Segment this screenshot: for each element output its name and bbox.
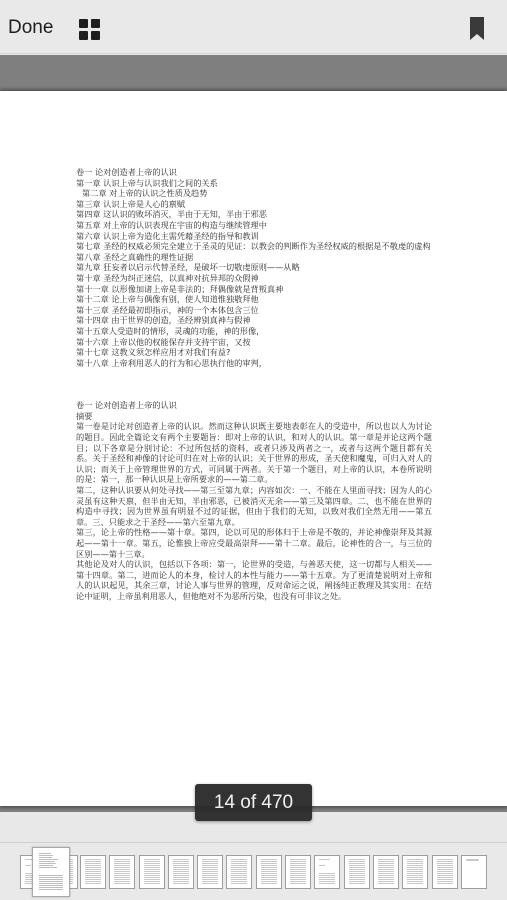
page-thumbnail[interactable] [402,855,428,889]
thumbnail-preview [144,859,160,885]
page-thumbnail[interactable] [256,855,282,889]
page-thumbnail[interactable] [168,855,194,889]
document-viewer[interactable]: 卷一 论对创造者上帝的认识 第一章 认识上帝与认识我们之间的关系 第二章 对上帝… [0,55,507,812]
toc-line: 第八章 圣经之真确性的理性证据 [76,252,432,263]
page-thumbnail[interactable] [197,855,223,889]
grid-cell [91,19,100,28]
document-page[interactable]: 卷一 论对创造者上帝的认识 第一章 认识上帝与认识我们之间的关系 第二章 对上帝… [0,91,507,806]
toc-line: 第三章 认识上帝是人心的禀赋 [76,199,432,210]
toc-line: 第二章 对上帝的认识之性质及趋势 [76,188,432,199]
thumbnail-preview [173,859,189,885]
grid-cell [79,31,88,40]
page-thumbnail-current[interactable] [32,847,70,897]
summary-paragraph: 第二，这种认识要从何处寻找——第三至第九章；内容如次：一、不能在人里面寻找；因为… [76,485,432,527]
page-thumbnail[interactable] [344,855,370,889]
thumbnail-preview [437,859,453,885]
page-thumbnail[interactable] [285,855,311,889]
thumbnail-preview [261,859,277,885]
pdf-reader-app: Done 卷一 论对创造者上帝的认识 第一章 认识上帝与认识我们之间的关系 第二… [0,0,507,900]
page-thumbnail[interactable] [109,855,135,889]
toc-line: 第十六章 上帝以他的权能保存并支持宇宙，又按 [76,337,432,348]
page-thumbnail[interactable] [373,855,399,889]
page-content: 卷一 论对创造者上帝的认识 第一章 认识上帝与认识我们之间的关系 第二章 对上帝… [76,167,432,602]
toc-line: 卷一 论对创造者上帝的认识 [76,167,432,178]
toc-line: 第七章 圣经的权威必须完全建立于圣灵的见证：以教会的判断作为圣经权威的根据是不敬… [76,241,432,252]
summary-heading: 卷一 论对创造者上帝的认识 [76,400,432,411]
page-thumbnail[interactable] [314,855,340,889]
top-toolbar: Done [0,0,507,54]
thumbnail-preview [85,859,101,885]
toc-line: 第一章 认识上帝与认识我们之间的关系 [76,178,432,189]
thumbnail-preview [231,859,247,885]
toc-line: 第十四章 由于世界的创造，圣经辨别真神与假神 [76,315,432,326]
thumbnail-preview [466,859,482,885]
toc-line: 第十一章 以形像加诸上帝是非法的；拜偶像就是背叛真神 [76,284,432,295]
summary-section: 卷一 论对创造者上帝的认识 摘要 第一卷是讨论对创造者上帝的认识。然而这种认识既… [76,400,432,601]
toc-line: 第十章 圣经为纠正迷信，以真神对抗异邦的众假神 [76,273,432,284]
summary-paragraph: 第一卷是讨论对创造者上帝的认识。然而这种认识既主要地表彰在人的受造中，所以也以人… [76,421,432,485]
page-thumbnail[interactable] [139,855,165,889]
toc-line: 第十五章人受造时的情形，灵魂的功能，神的形像， [76,326,432,337]
thumbnail-preview [202,859,218,885]
page-thumbnail[interactable] [80,855,106,889]
toc-line: 第九章 狂妄者以启示代替圣经，是破坏一切敬虔原则——从略 [76,262,432,273]
done-button[interactable]: Done [8,17,53,39]
summary-subheading: 摘要 [76,411,432,422]
thumbnail-preview [39,853,63,891]
toc-line: 第四章 这认识的败坏消灭，半由于无知，半由于邪恶 [76,209,432,220]
summary-paragraph: 第三，论上帝的性格——第十章。第四，论以可见的形体归于上帝是不敬的，并论神像崇拜… [76,527,432,559]
thumbnail-preview [319,859,335,885]
toc-line: 第十三章 圣经最初即指示，神的一个本体包含三位 [76,305,432,316]
table-of-contents: 卷一 论对创造者上帝的认识 第一章 认识上帝与认识我们之间的关系 第二章 对上帝… [76,167,432,368]
toc-line: 第十八章 上帝利用恶人的行为和心思执行他的审判， [76,358,432,369]
summary-paragraph: 其他论及对人的认识，包括以下各项：第一，论世界的受造，与善恶天使，这一切都与人相… [76,559,432,601]
thumbnail-preview [407,859,423,885]
bookmark-icon[interactable] [470,17,484,40]
thumbnail-preview [349,859,365,885]
thumbnail-preview [290,859,306,885]
toc-line: 第六章 认识上帝为造化主需凭藉圣经的指导和教训 [76,231,432,242]
thumbnail-preview [114,859,130,885]
grid-cell [79,19,88,28]
toc-line: 第五章 对上帝的认识表现在宇宙的构造与继续管理中 [76,220,432,231]
section-gap [76,368,432,400]
thumbnail-preview [378,859,394,885]
thumbnail-strip[interactable] [0,842,507,900]
page-thumbnail[interactable] [226,855,252,889]
toc-line: 第十二章 论上帝与偶像有别，使人知道惟独敬拜他 [76,294,432,305]
page-thumbnail[interactable] [461,855,487,889]
page-thumbnail[interactable] [432,855,458,889]
grid-view-icon[interactable] [79,19,100,40]
page-indicator: 14 of 470 [195,784,312,821]
grid-cell [91,31,100,40]
toc-line: 第十七章 这教义须怎样应用才对我们有益? [76,347,432,358]
